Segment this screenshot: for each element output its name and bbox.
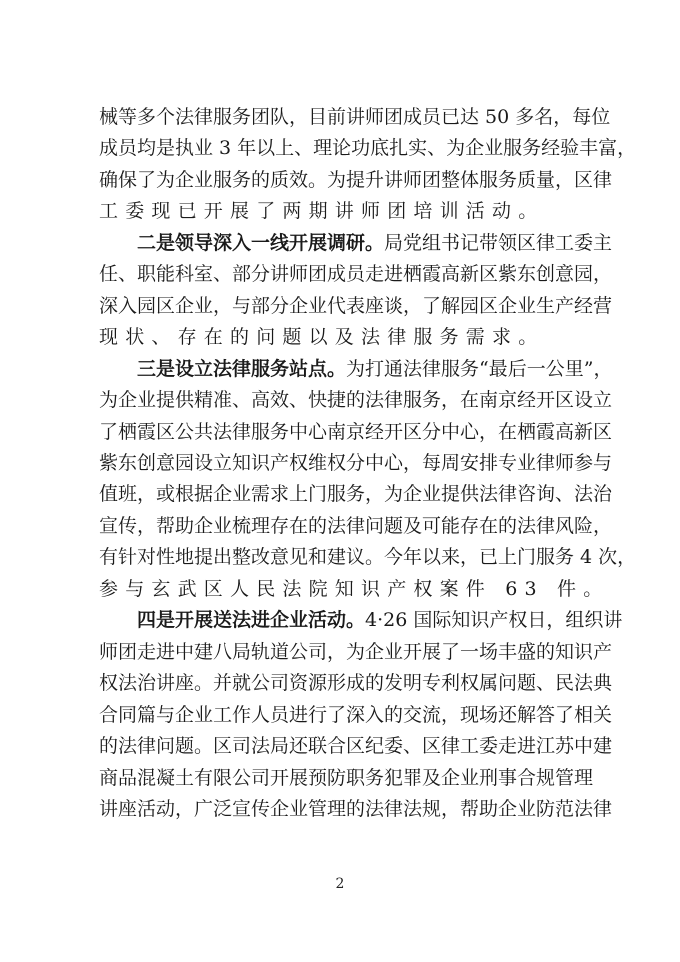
paragraph-1-line-4: 工委现已开展了两期讲师团培训活动。 (99, 197, 587, 225)
paragraph-3-line-3: 了栖霞区公共法律服务中心南京经开区分中心，在栖霞高新区 (99, 418, 587, 446)
paragraph-3-first-line: 三是设立法律服务站点。为打通法律服务“最后一公里”， (137, 355, 587, 383)
paragraph-4-first-line: 四是开展送法进企业活动。4·26 国际知识产权日，组织讲 (137, 606, 587, 634)
paragraph-3-line-7: 有针对性地提出整改意见和建议。今年以来，已上门服务 4 次， (99, 543, 587, 571)
paragraph-3-heading: 三是设立法律服务站点。 (137, 358, 346, 380)
paragraph-2-heading: 二是领导深入一线开展调研。 (137, 232, 384, 254)
document-page: 械等多个法律服务团队，目前讲师团成员已达 50 多名，每位 成员均是执业 3 年… (0, 0, 680, 962)
paragraph-2-line-3: 深入园区企业，与部分企业代表座谈，了解园区企业生产经营 (99, 292, 587, 320)
paragraph-2-first-line-text: 局党组书记带领区律工委主 (384, 232, 612, 254)
paragraph-3-line-6: 宣传，帮助企业梳理存在的法律问题及可能存在的法律风险， (99, 512, 587, 540)
paragraph-4-line-3: 权法治讲座。并就公司资源形成的发明专利权属问题、民法典 (99, 669, 587, 697)
paragraph-4-line-2: 师团走进中建八局轨道公司，为企业开展了一场丰盛的知识产 (99, 638, 587, 666)
paragraph-2-line-4: 现状、存在的问题以及法律服务需求。 (99, 323, 587, 351)
paragraph-4-heading: 四是开展送法进企业活动。 (137, 609, 365, 631)
paragraph-2-line-2: 任、职能科室、部分讲师团成员走进栖霞高新区紫东创意园， (99, 260, 587, 288)
paragraph-2-first-line: 二是领导深入一线开展调研。局党组书记带领区律工委主 (137, 229, 587, 257)
paragraph-4-line-5: 的法律问题。区司法局还联合区纪委、区律工委走进江苏中建 (99, 732, 587, 760)
paragraph-4-line-4: 合同篇与企业工作人员进行了深入的交流，现场还解答了相关 (99, 701, 587, 729)
paragraph-3-line-5: 值班，或根据企业需求上门服务，为企业提供法律咨询、法治 (99, 480, 587, 508)
paragraph-4-first-line-text: 4·26 国际知识产权日，组织讲 (365, 609, 622, 631)
paragraph-3-line-2: 为企业提供精准、高效、快捷的法律服务，在南京经开区设立 (99, 386, 587, 414)
paragraph-4-line-7: 讲座活动，广泛宣传企业管理的法律法规，帮助企业防范法律 (99, 795, 587, 823)
paragraph-3-first-line-text: 为打通法律服务“最后一公里”， (346, 358, 612, 380)
paragraph-3-line-4: 紫东创意园设立知识产权维权分中心，每周安排专业律师参与 (99, 449, 587, 477)
paragraph-1-line-2: 成员均是执业 3 年以上、理论功底扎实、为企业服务经验丰富， (99, 134, 587, 162)
paragraph-3-line-8: 参与玄武区人民法院知识产权案件 63 件。 (99, 575, 587, 603)
paragraph-1-line-3: 确保了为企业服务的质效。为提升讲师团整体服务质量，区律 (99, 166, 587, 194)
page-number: 2 (0, 876, 680, 892)
paragraph-1-line-1: 械等多个法律服务团队，目前讲师团成员已达 50 多名，每位 (99, 103, 587, 131)
paragraph-4-line-6: 商品混凝土有限公司开展预防职务犯罪及企业刑事合规管理 (99, 764, 587, 792)
